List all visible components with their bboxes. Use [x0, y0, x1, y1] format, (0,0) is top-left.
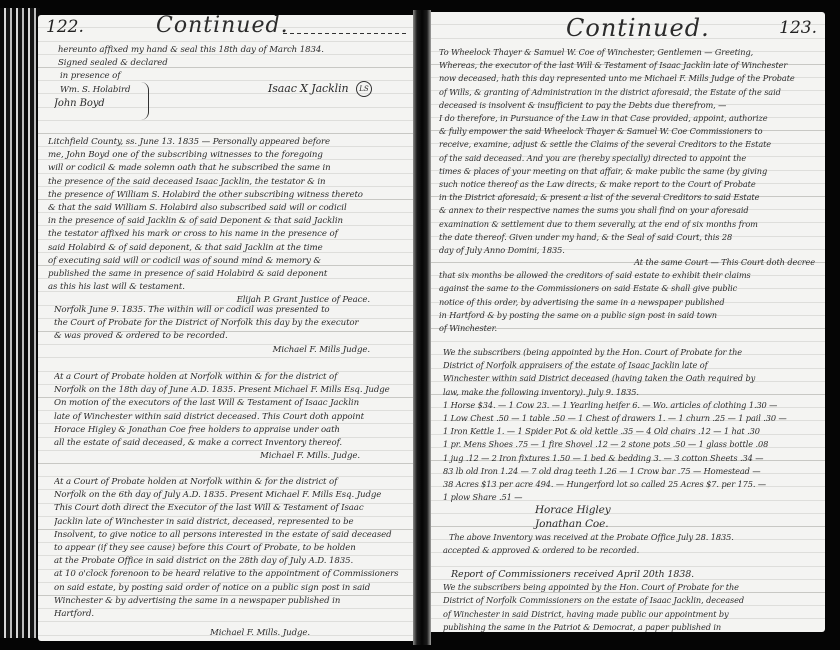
inventory-line: District of Norfolk appraisers of the es…: [443, 359, 825, 372]
court-july-block: At a Court of Probate holden at Norfolk …: [54, 476, 410, 640]
commission-line: the date thereof. Given under my hand, &…: [439, 231, 825, 244]
commission-line: such notice thereof as the Law directs, …: [439, 178, 825, 191]
report-line: District of Norfolk Commissioners on the…: [443, 594, 825, 607]
attestation-line: hereunto affixed my hand & seal this 18t…: [58, 44, 408, 57]
inventory-item-line: 1 Iron Kettle 1. — 1 Spider Pot & old ke…: [443, 425, 825, 438]
court-line: on said estate, by posting said order of…: [54, 582, 410, 595]
affidavit-line: the testator affixed his mark or cross t…: [48, 228, 410, 241]
page-number-left: 122.: [46, 17, 84, 37]
affidavit-line: in the presence of said Jacklin & of sai…: [48, 215, 410, 228]
inventory-item-line: 83 lb old Iron 1.24 — 7 old drag teeth 1…: [443, 465, 825, 478]
probate-line: Norfolk June 9. 1835. The within will or…: [54, 304, 410, 317]
affidavit-line: of executing said will or codicil was of…: [48, 255, 410, 268]
court-line: at the Probate Office in said district o…: [54, 555, 410, 568]
judge-signature: Michael F. Mills Judge.: [54, 344, 410, 357]
court-line: Hartford.: [54, 608, 410, 621]
inventory-item-line: 1 plow Share .51 —: [443, 491, 825, 504]
seal-mark: LS: [356, 81, 372, 97]
inventory-block: We the subscribers (being appointed by t…: [443, 346, 825, 557]
page-number-right: 123.: [779, 18, 817, 38]
inventory-line: law, make the following inventory). July…: [443, 386, 825, 399]
inventory-item-line: 1 Horse $34. — 1 Cow 23. — 1 Yearling he…: [443, 399, 825, 412]
testator-signature: Isaac X Jacklin LS: [268, 81, 372, 97]
commission-block: To Wheelock Thayer & Samuel W. Coe of Wi…: [439, 46, 825, 257]
inventory-item-line: 1 pr. Mens Shoes .75 — 1 fire Shovel .12…: [443, 438, 825, 451]
commission-line: Whereas, the executor of the last Will &…: [439, 59, 825, 72]
probate-line: & was proved & ordered to be recorded.: [54, 330, 410, 343]
appraiser-signature: Horace Higley: [443, 504, 825, 517]
affidavit-line: & that the said William S. Holabird also…: [48, 202, 410, 215]
court-line: all the estate of said deceased, & make …: [54, 437, 410, 450]
commission-line: To Wheelock Thayer & Samuel W. Coe of Wi…: [439, 46, 825, 59]
report-line: publishing the same in the Patriot & Dem…: [443, 621, 825, 632]
book-gutter: [413, 10, 431, 645]
left-page: 122. Continued. hereunto affixed my hand…: [38, 15, 413, 641]
inventory-line: Winchester within said District deceased…: [443, 372, 825, 385]
affidavit-line: me, John Boyd one of the subscribing wit…: [48, 149, 410, 162]
judge-signature: Michael F. Mills. Judge.: [54, 627, 410, 640]
court-line: Insolvent, to give notice to all persons…: [54, 529, 410, 542]
commission-line: in the District aforesaid, & present a l…: [439, 191, 825, 204]
inventory-received: The above Inventory was received at the …: [443, 531, 825, 544]
affidavit-line: will or codicil & made solemn oath that …: [48, 162, 410, 175]
book-edge-pages: [0, 8, 40, 638]
appraiser-signature: Jonathan Coe.: [443, 518, 825, 531]
witness-brace: [140, 82, 149, 120]
commission-line: examination & settlement due to them sev…: [439, 218, 825, 231]
report-block: Report of Commissioners received April 2…: [443, 568, 825, 632]
inventory-line: We the subscribers (being appointed by t…: [443, 346, 825, 359]
court-line: Jacklin late of Winchester in said distr…: [54, 516, 410, 529]
same-court-line: of Winchester.: [439, 322, 825, 335]
inventory-item-line: 38 Acres $13 per acre 494. — Hungerford …: [443, 478, 825, 491]
page-heading-left: Continued.: [156, 15, 289, 38]
affidavit-line: the presence of the said deceased Isaac …: [48, 176, 410, 189]
commission-line: & annex to their respective names the su…: [439, 204, 825, 217]
court-june-block: At a Court of Probate holden at Norfolk …: [54, 371, 410, 463]
affidavit-line: Litchfield County, ss. June 13. 1835 — P…: [48, 136, 410, 149]
court-line: At a Court of Probate holden at Norfolk …: [54, 476, 410, 489]
page-heading-right: Continued.: [566, 14, 710, 42]
same-court-line: in Hartford & by posting the same on a p…: [439, 309, 825, 322]
court-line: Winchester & by advertising the same in …: [54, 595, 410, 608]
attestation-line: Signed sealed & declared: [58, 57, 408, 70]
commission-line: receive, examine, adjust & settle the Cl…: [439, 138, 825, 151]
probate-presented-block: Norfolk June 9. 1835. The within will or…: [54, 304, 410, 357]
court-line: at 10 o'clock forenoon to be heard relat…: [54, 568, 410, 581]
commission-line: deceased is insolvent & insufficient to …: [439, 99, 825, 112]
court-line: Norfolk on the 18th day of June A.D. 183…: [54, 384, 410, 397]
same-court-line: against the same to the Commissioners on…: [439, 282, 825, 295]
same-court-line: notice of this order, by advertising the…: [439, 296, 825, 309]
court-line: Horace Higley & Jonathan Coe free holder…: [54, 424, 410, 437]
affidavit-line: the presence of William S. Holabird the …: [48, 189, 410, 202]
probate-line: the Court of Probate for the District of…: [54, 317, 410, 330]
report-title: Report of Commissioners received April 2…: [443, 568, 825, 581]
affidavit-block: Litchfield County, ss. June 13. 1835 — P…: [48, 136, 410, 308]
same-court-block: At the same Court — This Court doth decr…: [439, 256, 825, 335]
affidavit-line: published the same in presence of said H…: [48, 268, 410, 281]
inventory-accepted: accepted & approved & ordered to be reco…: [443, 544, 825, 557]
same-court-line: At the same Court — This Court doth decr…: [439, 256, 825, 269]
commission-line: & fully empower the said Wheelock Thayer…: [439, 125, 825, 138]
commission-line: of the said deceased. And you are (hereb…: [439, 152, 825, 165]
inventory-item-line: 1 Low Chest .50 — 1 table .50 — 1 Chest …: [443, 412, 825, 425]
report-line: We the subscribers being appointed by th…: [443, 581, 825, 594]
inventory-item-line: 1 jug .12 — 2 Iron fixtures 1.50 — 1 bed…: [443, 452, 825, 465]
court-line: At a Court of Probate holden at Norfolk …: [54, 371, 410, 384]
attestation-block: hereunto affixed my hand & seal this 18t…: [58, 44, 408, 110]
court-line: On motion of the executors of the last W…: [54, 397, 410, 410]
witness-name: John Boyd: [54, 97, 408, 110]
report-line: of Winchester in said District, having m…: [443, 608, 825, 621]
same-court-line: that six months be allowed the creditors…: [439, 269, 825, 282]
commission-line: of Wills, & granting of Administration i…: [439, 86, 825, 99]
heading-flourish: [283, 33, 408, 34]
commission-line: times & places of your meeting on that a…: [439, 165, 825, 178]
court-line: Norfolk on the 6th day of July A.D. 1835…: [54, 489, 410, 502]
affidavit-line: as this his last will & testament.: [48, 281, 410, 294]
court-line: to appear (if they see cause) before thi…: [54, 542, 410, 555]
affidavit-line: said Holabird & of said deponent, & that…: [48, 242, 410, 255]
commission-line: I do therefore, in Pursuance of the Law …: [439, 112, 825, 125]
court-line: This Court doth direct the Executor of t…: [54, 502, 410, 515]
judge-signature: Michael F. Mills. Judge.: [54, 450, 410, 463]
commission-line: now deceased, hath this day represented …: [439, 72, 825, 85]
court-line: late of Winchester within said district …: [54, 411, 410, 424]
right-page: Continued. 123. To Wheelock Thayer & Sam…: [431, 12, 825, 632]
